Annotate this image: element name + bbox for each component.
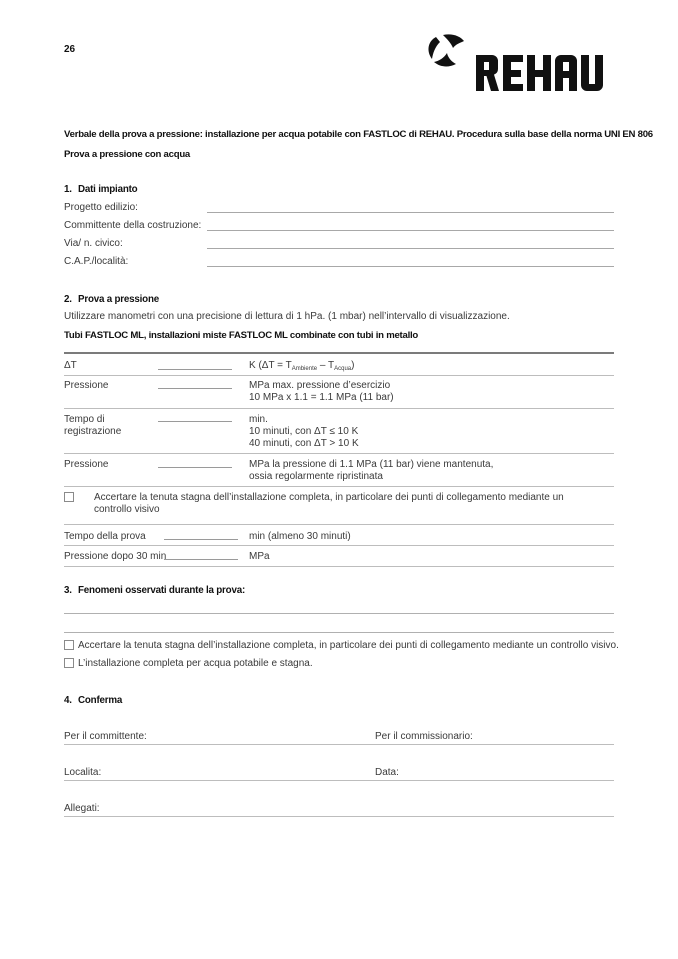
row-divider	[64, 524, 614, 525]
section-2-heading: 2.Prova a pressione	[64, 294, 159, 305]
notes-line-2[interactable]	[64, 632, 614, 633]
localita-data-line[interactable]	[64, 780, 614, 781]
checkbox-tenuta-visivo[interactable]	[64, 640, 74, 650]
field-via-input[interactable]	[207, 248, 614, 249]
allegati-line[interactable]	[64, 816, 614, 817]
row-pressione2-label: Pressione	[64, 459, 108, 471]
row-tempo-input[interactable]	[158, 421, 232, 422]
row-pressione2-desc-2: ossia regolarmente ripristinata	[249, 471, 383, 483]
section-4-title: Conferma	[78, 695, 122, 706]
check-tenuta-visivo-text: Accertare la tenuta stagna dell’installa…	[78, 640, 619, 652]
checkbox-tenuta-stagna[interactable]	[64, 492, 74, 502]
delta-t-subscript-acqua: Acqua	[334, 366, 351, 372]
field-label-commissionario: Per il commissionario:	[375, 731, 473, 743]
section-3-title: Fenomeni osservati durante la prova:	[78, 585, 245, 596]
row-tempo-prova-desc: min (almeno 30 minuti)	[249, 531, 351, 543]
checkbox-installazione-stagna[interactable]	[64, 658, 74, 668]
row-pressione2-input[interactable]	[158, 467, 232, 468]
field-label-committente: Committente della costruzione:	[64, 220, 201, 231]
row-tempo-desc-1: min.	[249, 414, 268, 426]
notes-line-1[interactable]	[64, 613, 614, 614]
check-installazione-stagna-text: L’installazione completa per acqua potab…	[78, 658, 313, 670]
row-pressione-desc-1: MPa max. pressione d’esercizio	[249, 380, 390, 392]
section-4-heading: 4.Conferma	[64, 695, 122, 706]
field-cap-input[interactable]	[207, 266, 614, 267]
row-pressione-30-label: Pressione dopo 30 min	[64, 551, 166, 563]
row-divider	[64, 375, 614, 376]
field-committente-input[interactable]	[207, 230, 614, 231]
row-pressione-30-desc: MPa	[249, 551, 270, 563]
row-delta-t-label: ΔT	[64, 360, 77, 372]
check-tenuta-text-2: controllo visivo	[94, 504, 160, 516]
rehau-logo-icon	[426, 31, 618, 95]
row-divider	[64, 408, 614, 409]
row-tempo-label-1: Tempo di	[64, 414, 105, 426]
rehau-logo	[426, 31, 618, 95]
row-divider	[64, 545, 614, 546]
row-pressione2-desc-1: MPa la pressione di 1.1 MPa (11 bar) vie…	[249, 459, 493, 471]
document-title: Verbale della prova a pressione: install…	[64, 129, 653, 140]
page-number: 26	[64, 44, 75, 55]
row-tempo-label-2: registrazione	[64, 426, 121, 438]
field-label-allegati: Allegati:	[64, 803, 100, 815]
row-pressione-input[interactable]	[158, 388, 232, 389]
field-label-via: Via/ n. civico:	[64, 238, 123, 249]
section-2-subheading: Tubi FASTLOC ML, installazioni miste FAS…	[64, 330, 418, 341]
section-4-number: 4.	[64, 695, 78, 706]
section-2-title: Prova a pressione	[78, 294, 159, 305]
table-top-rule	[64, 352, 614, 354]
section-1-heading: 1.Dati impianto	[64, 184, 137, 195]
row-tempo-desc-3: 40 minuti, con ΔT > 10 K	[249, 438, 359, 450]
section-3-number: 3.	[64, 585, 78, 596]
signature-line-committente-commissionario[interactable]	[64, 744, 614, 745]
row-pressione-label: Pressione	[64, 380, 108, 392]
delta-t-subscript-ambiente: Ambiente	[292, 366, 317, 372]
field-label-committente-firma: Per il committente:	[64, 731, 147, 743]
document-subtitle: Prova a pressione con acqua	[64, 149, 190, 160]
row-divider	[64, 486, 614, 487]
field-label-data: Data:	[375, 767, 399, 779]
section-2-intro: Utilizzare manometri con una precisione …	[64, 311, 510, 323]
section-1-title: Dati impianto	[78, 184, 137, 195]
row-pressione-desc-2: 10 MPa x 1.1 = 1.1 MPa (11 bar)	[249, 392, 394, 404]
section-2-number: 2.	[64, 294, 78, 305]
check-tenuta-text-1: Accertare la tenuta stagna dell’installa…	[94, 492, 564, 504]
field-progetto-input[interactable]	[207, 212, 614, 213]
delta-t-formula-prefix: K (ΔT = T	[249, 360, 292, 371]
row-tempo-prova-label: Tempo della prova	[64, 531, 146, 543]
row-tempo-desc-2: 10 minuti, con ΔT ≤ 10 K	[249, 426, 358, 438]
delta-t-formula-mid: – T	[317, 360, 334, 371]
field-label-cap: C.A.P./località:	[64, 256, 128, 267]
section-3-heading: 3.Fenomeni osservati durante la prova:	[64, 585, 245, 596]
field-label-localita: Localita:	[64, 767, 101, 779]
row-divider	[64, 453, 614, 454]
row-pressione-30-input[interactable]	[164, 559, 238, 560]
section-1-number: 1.	[64, 184, 78, 195]
row-delta-t-desc: K (ΔT = TAmbiente – TAcqua)	[249, 360, 354, 376]
row-delta-t-input[interactable]	[158, 369, 232, 370]
row-tempo-prova-input[interactable]	[164, 539, 238, 540]
delta-t-formula-suffix: )	[351, 360, 354, 371]
field-label-progetto: Progetto edilizio:	[64, 202, 138, 213]
row-divider	[64, 566, 614, 567]
